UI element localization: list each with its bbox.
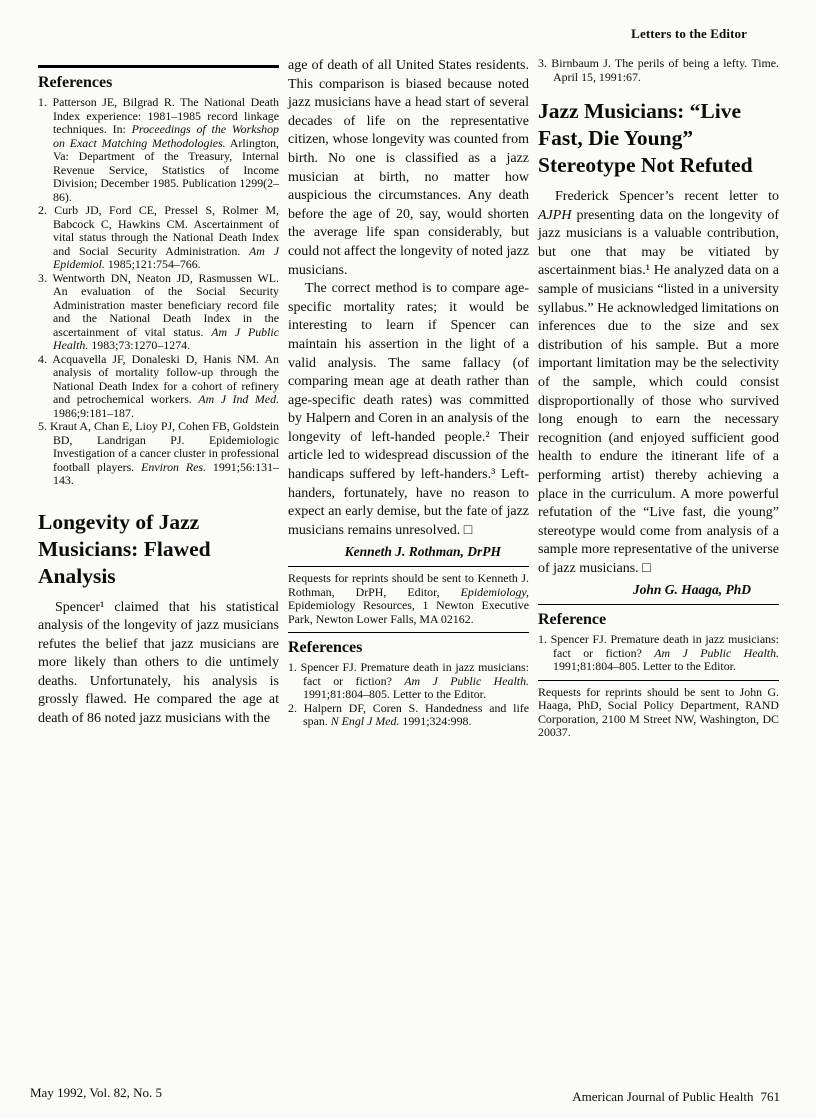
references-heading-letter2: References [288,638,529,657]
reference-item: 3. Wentworth DN, Neaton JD, Rasmussen WL… [38,272,279,353]
reprints-note-haaga: Requests for reprints should be sent to … [538,686,779,740]
reference-number: 4. [38,352,52,366]
reference-list-letter1: 1. Patterson JE, Bilgrad R. The National… [38,96,279,488]
reference-item: 1. Spencer FJ. Premature death in jazz m… [288,661,529,702]
divider [538,680,779,681]
reference-item: 2. Curb JD, Ford CE, Pressel S, Rolmer M… [38,204,279,272]
letter2-title: Longevity of Jazz Musicians: Flawed Anal… [38,509,279,590]
reference-number: 1. [288,660,301,674]
column-right: 3. Birnbaum J. The perils of being a lef… [538,57,779,742]
letter3-title: Jazz Musicians: “Live Fast, Die Young” S… [538,98,779,179]
section-divider-thick [38,65,279,68]
reference-item: 2. Halpern DF, Coren S. Handedness and l… [288,702,529,729]
running-title: Letters to the Editor [631,26,747,42]
footer-journal-name: American Journal of Public Health [572,1089,753,1104]
footer-issue-info: May 1992, Vol. 82, No. 5 [30,1085,162,1101]
divider [288,632,529,633]
reference-list-letter2: 1. Spencer FJ. Premature death in jazz m… [288,661,529,729]
reference-number: 3. [38,271,52,285]
reference-item: 1. Spencer FJ. Premature death in jazz m… [538,633,779,674]
divider [538,604,779,605]
reference-number: 1. [538,632,551,646]
text-columns: References 1. Patterson JE, Bilgrad R. T… [38,57,779,742]
letter2-paragraph-1-continued: age of death of all United States reside… [288,57,529,280]
signature-rothman: Kenneth J. Rothman, DrPH [288,543,529,560]
references-heading-letter1: References [38,73,279,92]
divider [288,566,529,567]
reference-number: 3. [538,56,551,70]
reference-item: 3. Birnbaum J. The perils of being a lef… [538,57,779,84]
column-middle: age of death of all United States reside… [288,57,529,729]
reference-item: 1. Patterson JE, Bilgrad R. The National… [38,96,279,204]
signature-haaga: John G. Haaga, PhD [538,581,779,598]
journal-page: Letters to the Editor References 1. Patt… [0,0,816,1119]
reference-heading-letter3: Reference [538,610,779,629]
reference-number: 2. [38,203,54,217]
column-left: References 1. Patterson JE, Bilgrad R. T… [38,57,279,729]
letter2-paragraph-1: Spencer¹ claimed that his statistical an… [38,599,279,729]
reference-number: 1. [38,95,52,109]
reference-number: 5. [38,419,50,433]
letter2-paragraph-2: The correct method is to compare age-spe… [288,280,529,540]
footer-journal-info: American Journal of Public Health761 [572,1089,780,1105]
reference-number: 2. [288,701,304,715]
reference-item: 5. Kraut A, Chan E, Lioy PJ, Cohen FB, G… [38,420,279,488]
reference-item: 4. Acquavella JF, Donaleski D, Hanis NM.… [38,353,279,421]
reference-list-letter3: 1. Spencer FJ. Premature death in jazz m… [538,633,779,674]
letter3-paragraph-1: Frederick Spencer’s recent letter to AJP… [538,188,779,578]
footer-page-number: 761 [754,1089,781,1104]
reference-list-letter2-continued: 3. Birnbaum J. The perils of being a lef… [538,57,779,84]
reprints-note-rothman: Requests for reprints should be sent to … [288,572,529,626]
